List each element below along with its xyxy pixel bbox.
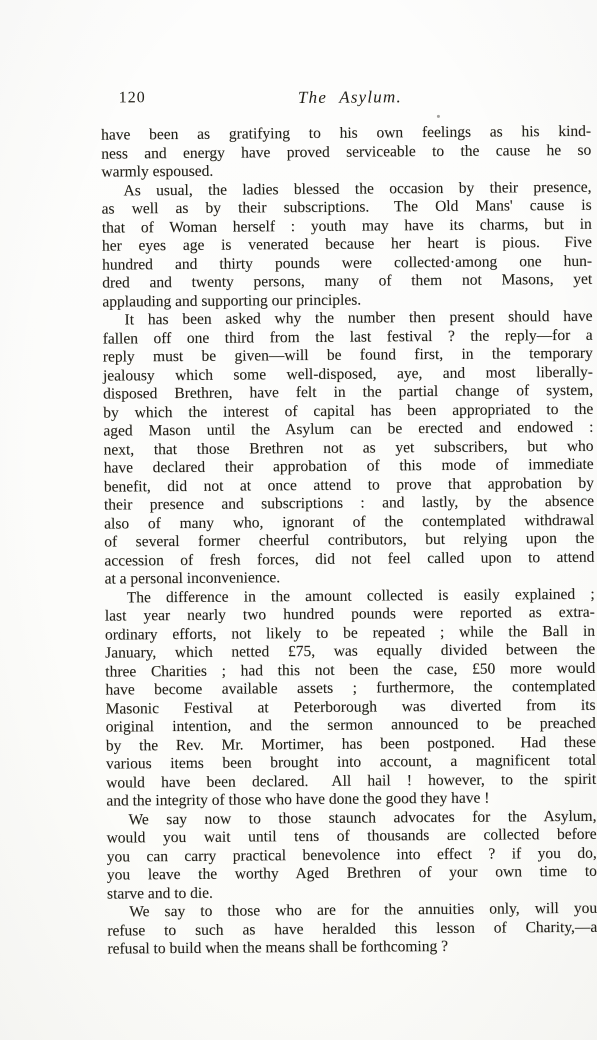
text-line: dred and twenty persons, many of them no… xyxy=(102,271,592,293)
paragraph: We say now to those staunch advocates fo… xyxy=(106,807,597,903)
running-title: The Asylum. xyxy=(298,87,402,108)
text-line: would have been declared. All hail ! how… xyxy=(106,770,596,792)
text-line: refuse to such as have heralded this les… xyxy=(107,918,597,940)
page-header: 120 The Asylum. xyxy=(101,86,591,112)
paragraph: We say to those who are for the annuitie… xyxy=(107,900,597,959)
text-line: accession of fresh forces, did not feel … xyxy=(104,548,594,570)
page-number: 120 xyxy=(119,89,146,107)
paragraph: The difference in the amount collected i… xyxy=(105,585,597,811)
text-line: ness and energy have proved serviceable … xyxy=(101,141,591,163)
book-page: 120 The Asylum. have been as gratifying … xyxy=(0,0,597,1040)
text-line: you leave the worthy Aged Brethren of yo… xyxy=(107,863,597,885)
scanned-page-content: 120 The Asylum. have been as gratifying … xyxy=(0,0,597,1040)
paragraph: have been as gratifying to his own feeli… xyxy=(101,123,591,182)
paragraph: As usual, the ladies blessed the occasio… xyxy=(101,178,592,311)
text-block: have been as gratifying to his own feeli… xyxy=(101,123,597,959)
text-line: refusal to build when the means shall be… xyxy=(107,937,597,959)
text-column: 120 The Asylum. have been as gratifying … xyxy=(101,86,597,959)
paragraph: It has been asked why the number then pr… xyxy=(102,308,594,589)
